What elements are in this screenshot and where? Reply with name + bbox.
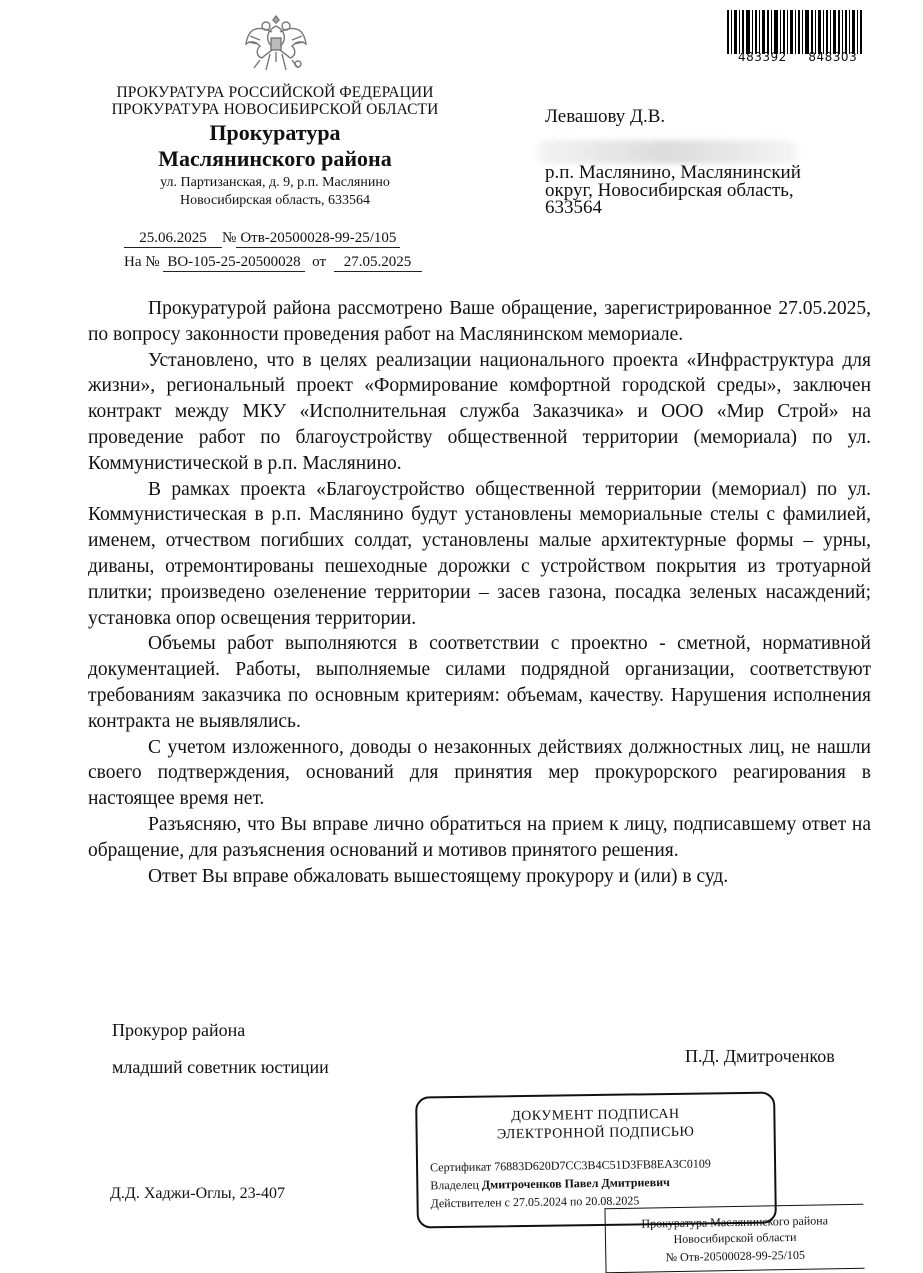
- stamp-owner: Владелец Дмитроченков Павел Дмитриевич: [430, 1175, 670, 1193]
- number-label: №: [222, 230, 236, 246]
- signer-position-line-1: Прокурор района: [112, 1020, 245, 1041]
- office-title-line-1: Прокуратура: [100, 120, 450, 146]
- from-label: от: [312, 254, 326, 270]
- addressee-name: Левашову Д.В.: [545, 108, 665, 126]
- reply-to-date: 27.05.2025: [334, 254, 422, 272]
- outgoing-date: 25.06.2025: [124, 230, 222, 248]
- valid-to: 20.08.2025: [585, 1193, 639, 1208]
- coat-of-arms-emblem: [242, 10, 310, 78]
- stamp-certificate: Сертификат 76883D620D7CC3B4C51D3FB8EA3C0…: [430, 1156, 711, 1175]
- body-paragraph: Объемы работ выполняются в соответствии …: [88, 631, 871, 734]
- registration-number: № Отв-20500028-99-25/105: [606, 1247, 864, 1267]
- body-paragraph: Разъясняю, что Вы вправе лично обратитьс…: [88, 812, 871, 864]
- org-line-1: ПРОКУРАТУРА РОССИЙСКОЙ ФЕДЕРАЦИИ: [100, 84, 450, 102]
- body-paragraph: В рамках проекта «Благоустройство общест…: [88, 477, 871, 632]
- barcode-right-digits: 848303: [808, 50, 857, 64]
- signer-name: П.Д. Дмитроченков: [685, 1046, 835, 1067]
- owner-label: Владелец: [430, 1178, 479, 1193]
- owner-value: Дмитроченков Павел Дмитриевич: [482, 1175, 670, 1192]
- barcode-left-digits: 483392: [738, 50, 787, 64]
- certificate-label: Сертификат: [430, 1159, 491, 1174]
- outgoing-number: Отв-20500028-99-25/105: [236, 230, 400, 248]
- certificate-value: 76883D620D7CC3B4C51D3FB8EA3C0109: [494, 1156, 711, 1173]
- addressee-address-line-3: 633564: [545, 199, 602, 217]
- body-paragraph: Установлено, что в целях реализации наци…: [88, 348, 871, 477]
- reply-to-label: На №: [124, 254, 160, 270]
- barcode-number: 483392 848303: [738, 50, 857, 64]
- body-paragraph: С учетом изложенного, доводы о незаконны…: [88, 735, 871, 812]
- reply-to-number: ВО-105-25-20500028: [163, 254, 304, 272]
- stamp-title-line-2: ЭЛЕКТРОННОЙ ПОДПИСЬЮ: [418, 1124, 774, 1145]
- office-title-line-2: Маслянинского района: [100, 146, 450, 172]
- registration-stamp: Прокуратура Маслянинского района Новосиб…: [604, 1204, 864, 1273]
- redacted-street-address: [537, 140, 797, 164]
- office-address-line-1: ул. Партизанская, д. 9, р.п. Маслянино: [100, 175, 450, 191]
- incoming-reference: На № ВО-105-25-20500028 от 27.05.2025: [124, 254, 422, 272]
- body-paragraph: Прокуратурой района рассмотрено Ваше обр…: [88, 296, 871, 348]
- signer-position-line-2: младший советник юстиции: [112, 1057, 329, 1078]
- office-address-line-2: Новосибирская область, 633564: [100, 193, 450, 209]
- valid-label: Действителен с: [430, 1195, 510, 1210]
- registration-line-2: Новосибирской области: [606, 1229, 864, 1249]
- letter-body: Прокуратурой района рассмотрено Ваше обр…: [88, 296, 871, 889]
- executor-contact: Д.Д. Хаджи-Оглы, 23-407: [110, 1185, 285, 1203]
- valid-to-label: по: [570, 1194, 583, 1208]
- org-line-2: ПРОКУРАТУРА НОВОСИБИРСКОЙ ОБЛАСТИ: [100, 101, 450, 119]
- body-paragraph: Ответ Вы вправе обжаловать вышестоящему …: [88, 864, 871, 890]
- valid-from: 27.05.2024: [513, 1194, 567, 1209]
- outgoing-reference: 25.06.2025№Отв-20500028-99-25/105: [124, 230, 400, 248]
- barcode: [727, 10, 887, 54]
